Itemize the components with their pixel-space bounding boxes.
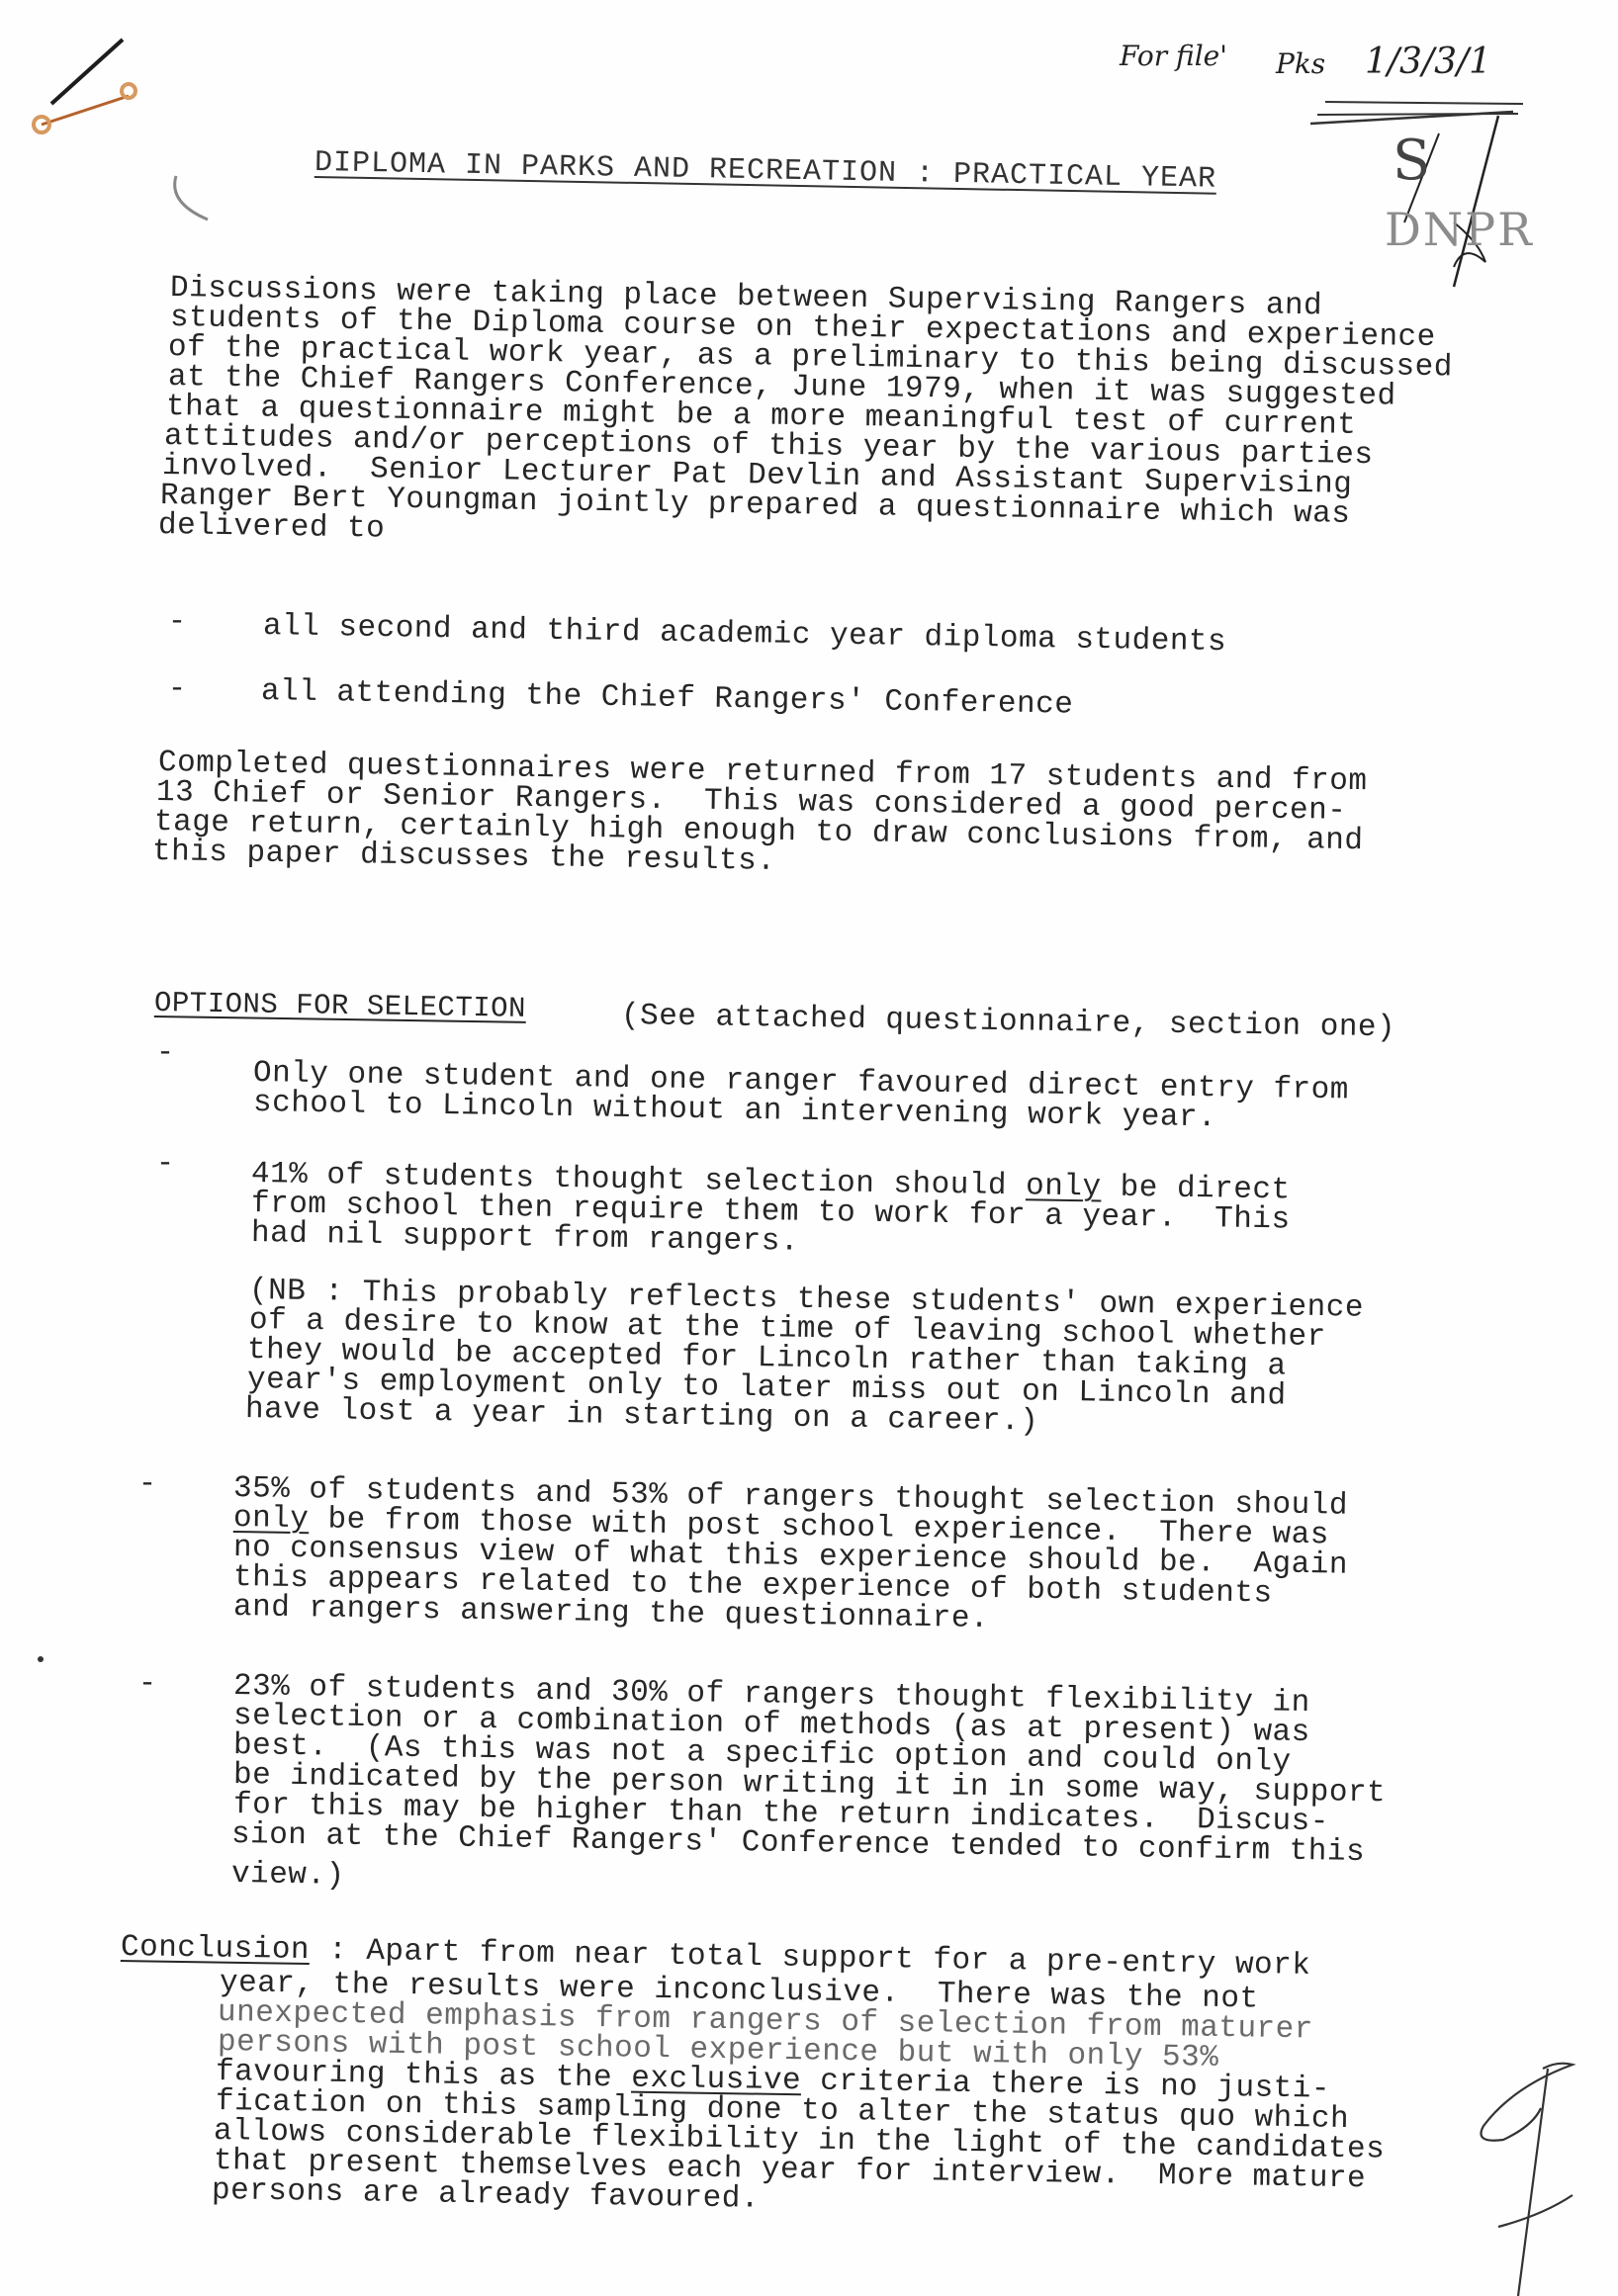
option-line: had nil support from rangers. bbox=[251, 1218, 799, 1258]
conclusion-label: Conclusion bbox=[121, 1930, 311, 1968]
file-reference: 1/3/3/1 bbox=[1365, 42, 1491, 82]
recipient-item: all attending the Chief Rangers' Confere… bbox=[261, 676, 1074, 721]
section-heading-note: (See attached questionnaire, section one… bbox=[621, 1001, 1396, 1043]
signature-strokes-icon bbox=[1305, 94, 1618, 292]
bullet-dash: - bbox=[156, 1036, 174, 1070]
returns-line: this paper discusses the results. bbox=[152, 837, 776, 877]
bullet-dash: - bbox=[138, 1667, 156, 1701]
handwritten-margin-mark-icon bbox=[1424, 2057, 1618, 2296]
bullet-dash: - bbox=[168, 605, 186, 639]
stamp-code: DNPR bbox=[1385, 203, 1534, 256]
page-title: DIPLOMA IN PARKS AND RECREATION : PRACTI… bbox=[315, 148, 1217, 195]
option-line: view.) bbox=[231, 1859, 345, 1892]
bullet-dash: - bbox=[168, 672, 186, 706]
stray-dot bbox=[38, 1656, 44, 1662]
initials: S bbox=[1393, 129, 1430, 193]
bullet-dash: - bbox=[138, 1467, 156, 1501]
staple-mark-icon bbox=[0, 0, 297, 277]
intro-line: delivered to bbox=[158, 510, 386, 545]
document-page: For file' Pks 1/3/3/1 S DNPR DIPLOMA IN … bbox=[0, 0, 1618, 2296]
bullet-dash: - bbox=[156, 1147, 174, 1181]
section-heading: OPTIONS FOR SELECTION bbox=[154, 989, 526, 1023]
conclusion-line: persons are already favoured. bbox=[212, 2175, 760, 2215]
file-ref-prefix: Pks bbox=[1276, 47, 1325, 80]
file-note: For file' bbox=[1120, 40, 1227, 72]
recipient-item: all second and third academic year diplo… bbox=[263, 611, 1227, 658]
